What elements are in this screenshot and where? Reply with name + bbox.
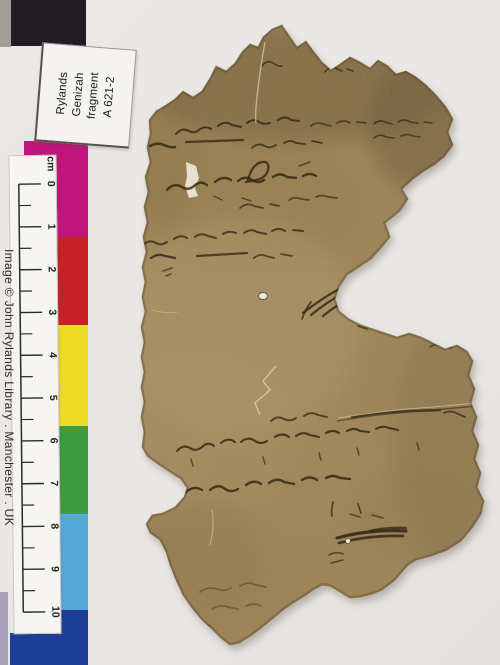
worm-hole (259, 293, 268, 300)
paper-grain-texture (130, 20, 495, 660)
pin-hole (346, 539, 351, 544)
manuscript-fragment (0, 0, 500, 665)
photo-stage: RylandsGenizahfragmentA 621-2 cm01234567… (0, 0, 500, 665)
